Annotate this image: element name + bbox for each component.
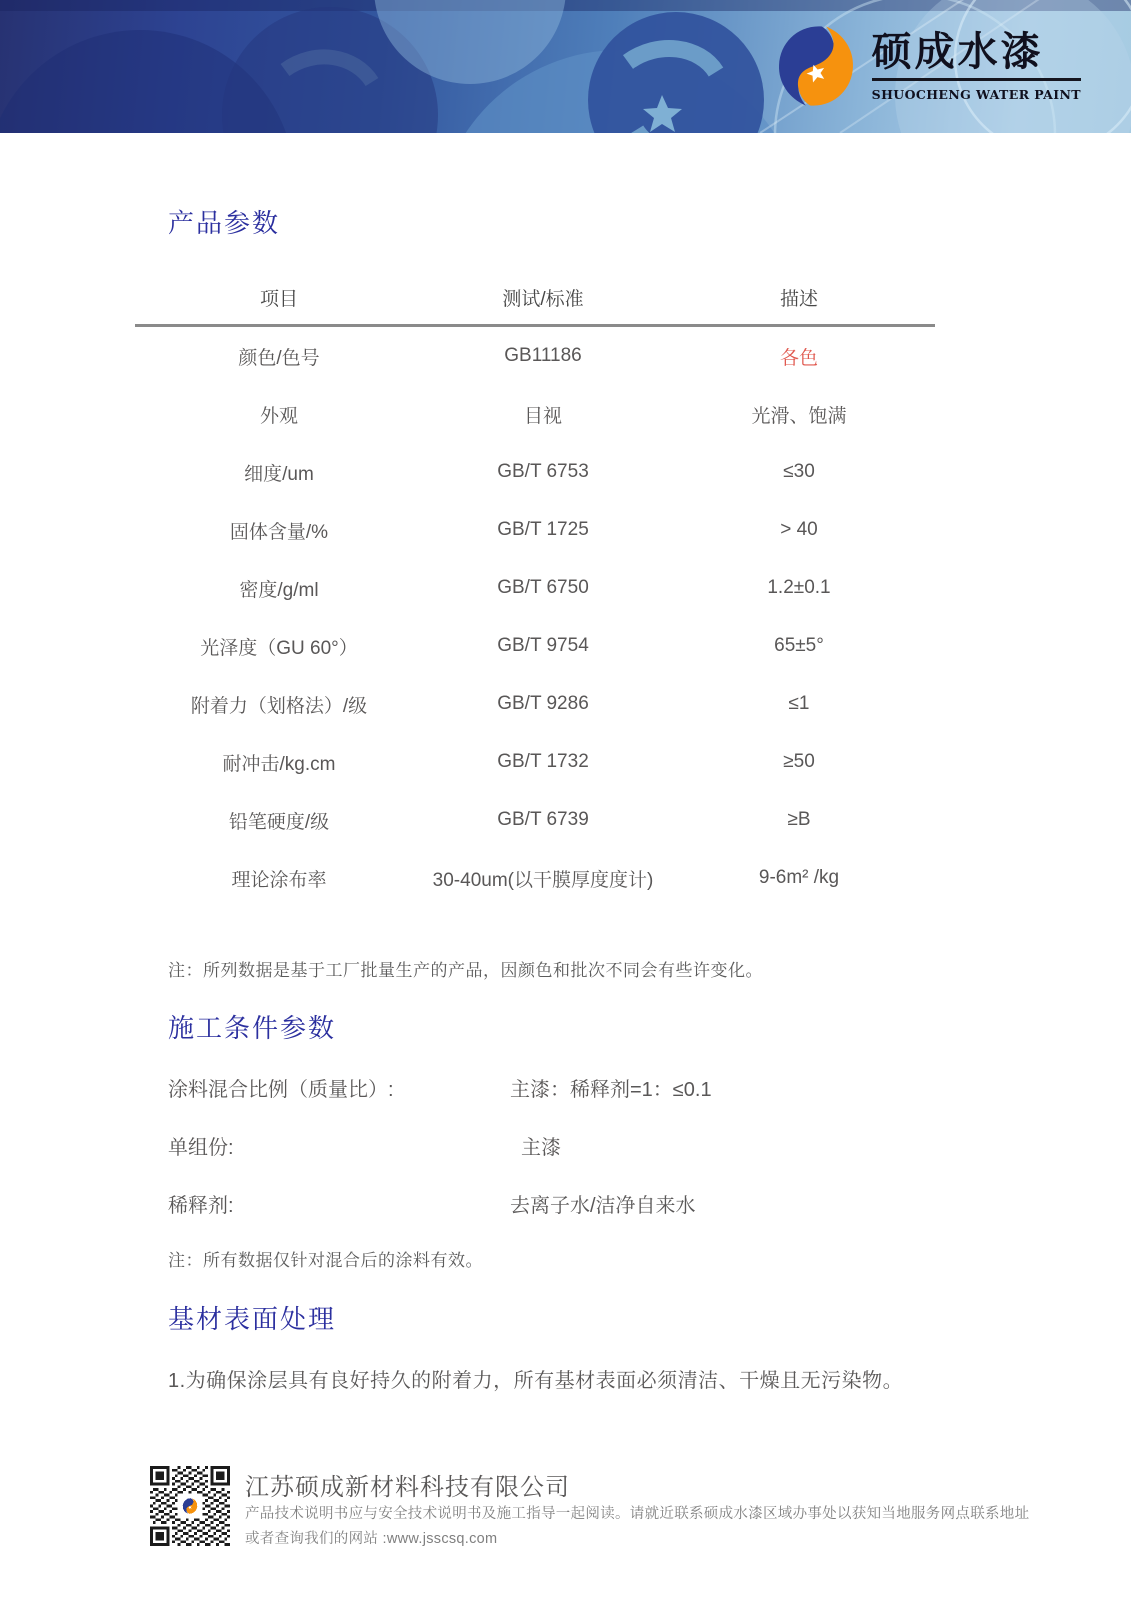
cell-standard: GB11186 [423,345,663,367]
company-logo-icon [774,24,858,108]
cell-item: 铅笔硬度/级 [135,807,423,834]
cell-item: 理论涂布率 [135,865,423,892]
construction-row: 涂料混合比例（质量比）: 主漆：稀释剂=1：≤0.1 [168,1073,988,1102]
cell-desc: 65±5° [663,635,935,657]
table-body: 颜色/色号GB11186各色外观目视光滑、饱满细度/umGB/T 6753≤30… [135,327,935,907]
cell-desc: ≤1 [663,693,935,715]
cell-desc: 1.2±0.1 [663,577,935,599]
cell-desc: ≥50 [663,751,935,773]
surface-treatment-paragraph: 1.为确保涂层具有良好持久的附着力，所有基材表面必须清洁、干燥且无污染物。 [168,1364,903,1393]
footer-note: 产品技术说明书应与安全技术说明书及施工指导一起阅读。请就近联系硕成水漆区域办事处… [245,1502,1029,1552]
datasheet-page: 硕成水漆 SHUOCHENG WATER PAINT 产品参数 项目 测试/标准… [0,0,1131,1600]
table-row: 细度/umGB/T 6753≤30 [135,443,935,501]
cell-item: 外观 [135,401,423,428]
cell-standard: GB/T 1732 [423,751,663,773]
brand-name-cn: 硕成水漆 [872,30,1081,73]
table-header-item: 项目 [135,284,423,311]
brand-underline [872,78,1081,81]
cell-item: 附着力（划格法）/级 [135,691,423,718]
table-row: 颜色/色号GB11186各色 [135,327,935,385]
qr-code [150,1466,230,1546]
construction-row-label: 单组份: [168,1137,234,1159]
table-header-row: 项目 测试/标准 描述 [135,284,935,311]
construction-row-label: 稀释剂: [168,1195,234,1217]
cell-item: 密度/g/ml [135,575,423,602]
cell-desc: ≤30 [663,461,935,483]
table-row: 密度/g/mlGB/T 67501.2±0.1 [135,559,935,617]
cell-standard: 目视 [423,401,663,428]
table-row: 耐冲击/kg.cmGB/T 1732≥50 [135,733,935,791]
cell-desc: ≥B [663,809,935,831]
construction-params-title: 施工条件参数 [168,1008,336,1045]
product-params-table: 项目 测试/标准 描述 颜色/色号GB11186各色外观目视光滑、饱满细度/um… [135,284,935,907]
cell-item: 固体含量/% [135,517,423,544]
product-params-title: 产品参数 [168,203,280,240]
cell-item: 光泽度（GU 60°） [135,633,423,660]
cell-desc: 9-6m² /kg [663,867,935,889]
table-row: 外观目视光滑、饱满 [135,385,935,443]
brand-name-en: SHUOCHENG WATER PAINT [872,87,1081,102]
brand-text-block: 硕成水漆 SHUOCHENG WATER PAINT [872,30,1081,102]
table-row: 固体含量/%GB/T 1725> 40 [135,501,935,559]
construction-row-value: 主漆：稀释剂=1：≤0.1 [510,1073,712,1102]
cell-desc: 光滑、饱满 [663,401,935,428]
cell-item: 细度/um [135,459,423,486]
table-row: 附着力（划格法）/级GB/T 9286≤1 [135,675,935,733]
cell-standard: GB/T 6753 [423,461,663,483]
construction-row: 单组份: 主漆 [168,1131,988,1160]
cell-desc: 各色 [663,343,935,370]
construction-row: 稀释剂: 去离子水/洁净自来水 [168,1189,988,1218]
cell-standard: GB/T 9754 [423,635,663,657]
header-banner: 硕成水漆 SHUOCHENG WATER PAINT [0,0,1131,133]
cell-item: 耐冲击/kg.cm [135,749,423,776]
cell-standard: GB/T 6750 [423,577,663,599]
construction-row-label: 涂料混合比例（质量比）: [168,1079,394,1101]
cell-item: 颜色/色号 [135,343,423,370]
construction-row-value: 去离子水/洁净自来水 [510,1189,696,1218]
footer-note-line1: 产品技术说明书应与安全技术说明书及施工指导一起阅读。请就近联系硕成水漆区域办事处… [245,1506,1029,1522]
footer-company-name: 江苏硕成新材料科技有限公司 [245,1467,570,1502]
surface-treatment-title: 基材表面处理 [168,1299,336,1336]
cell-standard: 30-40um(以干膜厚度度计) [423,865,663,892]
product-params-note: 注：所列数据是基于工厂批量生产的产品，因颜色和批次不同会有些许变化。 [168,956,763,981]
table-header-standard: 测试/标准 [423,284,663,311]
table-header-desc: 描述 [663,284,935,311]
company-logo: 硕成水漆 SHUOCHENG WATER PAINT [774,24,1081,108]
cell-standard: GB/T 6739 [423,809,663,831]
construction-row-value: 主漆 [521,1131,561,1160]
cell-standard: GB/T 1725 [423,519,663,541]
cell-desc: > 40 [663,519,935,541]
footer-note-line2: 或者查询我们的网站 :www.jsscsq.com [245,1531,497,1547]
cell-standard: GB/T 9286 [423,693,663,715]
construction-note: 注：所有数据仅针对混合后的涂料有效。 [168,1246,483,1271]
table-row: 铅笔硬度/级GB/T 6739≥B [135,791,935,849]
table-row: 光泽度（GU 60°）GB/T 975465±5° [135,617,935,675]
table-row: 理论涂布率30-40um(以干膜厚度度计)9-6m² /kg [135,849,935,907]
